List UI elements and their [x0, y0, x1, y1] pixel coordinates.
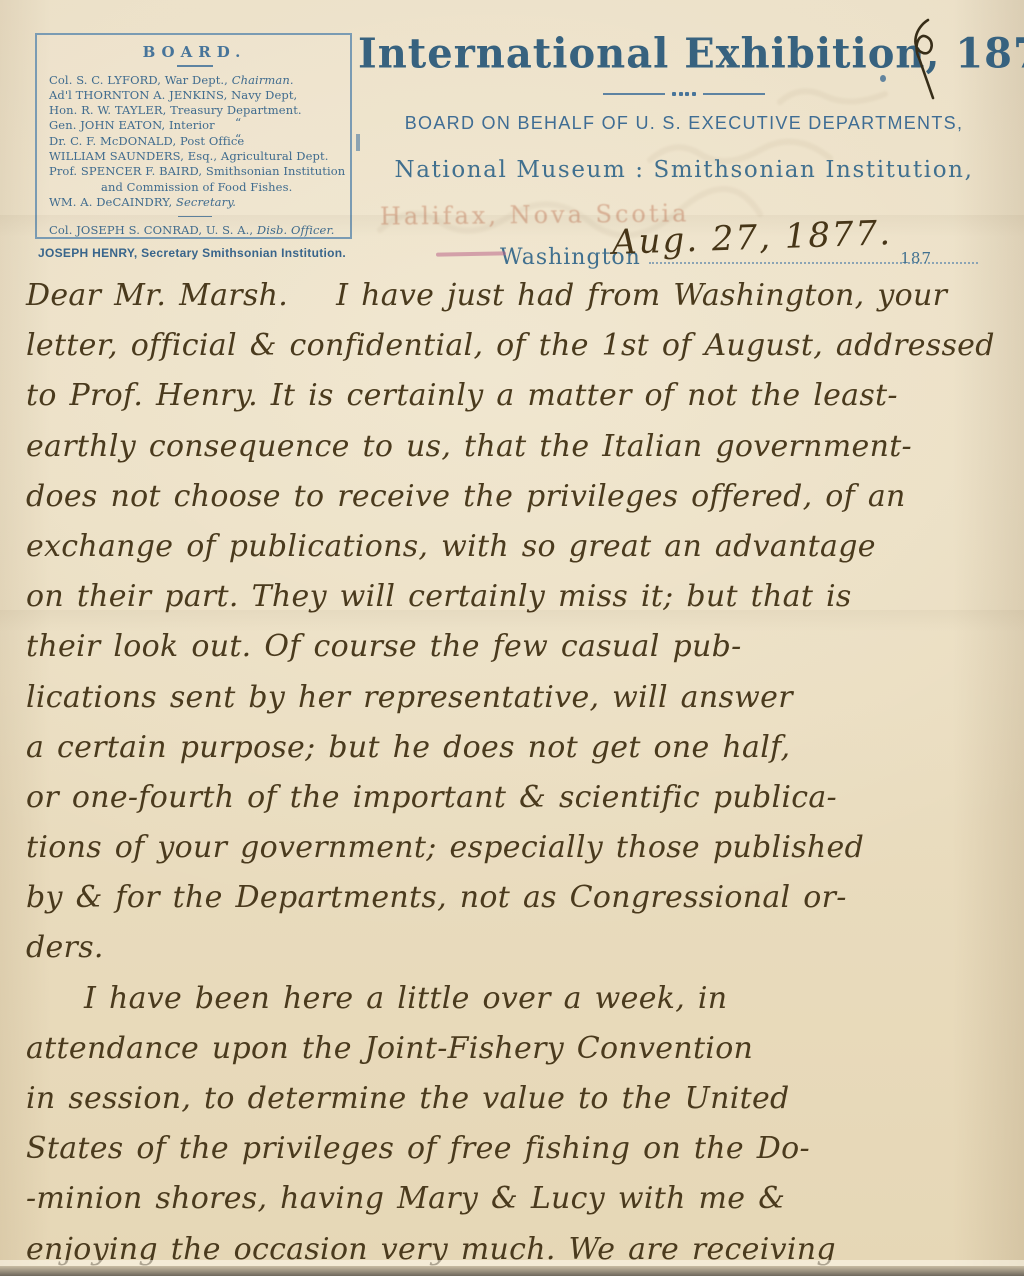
- handwriting-line: letter, official & confidential, of the …: [26, 322, 1010, 372]
- salutation: Dear Mr. Marsh.: [26, 272, 288, 319]
- board-member: Col. S. C. LYFORD, War Dept., Chairman.: [49, 73, 340, 88]
- stray-mark: [356, 134, 360, 151]
- handwriting-line: lications sent by her representative, wi…: [26, 674, 1010, 724]
- handwriting-line: by & for the Departments, not as Congres…: [26, 874, 1010, 924]
- divider: [177, 65, 213, 67]
- ornament-line: [603, 93, 665, 94]
- board-member: Dr. C. F. McDONALD, Post Office“: [49, 134, 340, 149]
- handwriting-line: earthly consequence to us, that the Ital…: [26, 423, 1010, 473]
- board-member: Ad'l THORNTON A. JENKINS, Navy Dept,: [49, 88, 340, 103]
- handwriting-line: I have been here a little over a week, i…: [26, 975, 1010, 1025]
- handwriting-line: Dear Mr. Marsh.I have just had from Wash…: [26, 272, 1010, 322]
- ditto-mark: “: [235, 132, 241, 147]
- handwriting-line: exchange of publications, with so great …: [26, 523, 1010, 573]
- board-title: BOARD.: [49, 43, 340, 61]
- handwriting-line: ders.: [26, 924, 1010, 974]
- board-member: and Commission of Food Fishes.: [49, 180, 340, 195]
- board-member: WM. A. DeCAINDRY, Secretary.: [49, 195, 340, 210]
- board-member: Prof. SPENCER F. BAIRD, Smithsonian Inst…: [49, 164, 340, 179]
- handwriting-line: does not choose to receive the privilege…: [26, 473, 1010, 523]
- letter-body: Dear Mr. Marsh.I have just had from Wash…: [26, 272, 1010, 1276]
- museum-line: National Museum : Smithsonian Institutio…: [358, 157, 1010, 183]
- board-member: WILLIAM SAUNDERS, Esq., Agricultural Dep…: [49, 149, 340, 164]
- handwriting-line: attendance upon the Joint-Fishery Conven…: [26, 1025, 1010, 1075]
- printed-year: 187: [900, 249, 932, 267]
- handwriting-line: States of the privileges of free fishing…: [26, 1125, 1010, 1175]
- handwriting-line: in session, to determine the value to th…: [26, 1075, 1010, 1125]
- board-member: Gen. JOHN EATON, Interior“: [49, 118, 340, 133]
- paper-crease: [0, 610, 1024, 632]
- handwriting-line: or one-fourth of the important & scienti…: [26, 774, 1010, 824]
- handwriting-line: -minion shores, having Mary & Lucy with …: [26, 1175, 1010, 1225]
- ditto-mark: “: [235, 116, 241, 131]
- letter-page: BOARD. Col. S. C. LYFORD, War Dept., Cha…: [0, 0, 1024, 1276]
- handwriting-line: a certain purpose; but he does not get o…: [26, 724, 1010, 774]
- pen-mark: [895, 12, 955, 107]
- paper-crease: [0, 215, 1024, 237]
- scan-edge-shadow: [0, 1266, 1024, 1276]
- board-member-list: Col. S. C. LYFORD, War Dept., Chairman.A…: [49, 73, 340, 239]
- ink-dot: [880, 75, 886, 82]
- board-roster-box: BOARD. Col. S. C. LYFORD, War Dept., Cha…: [35, 33, 352, 239]
- board-member: Hon. R. W. TAYLER, Treasury Department.: [49, 103, 340, 118]
- handwriting-line: to Prof. Henry. It is certainly a matter…: [26, 372, 1010, 422]
- dateline: Washington 187 Aug. 27, 1877.: [500, 236, 978, 270]
- secretary-line: JOSEPH HENRY, Secretary Smithsonian Inst…: [38, 246, 346, 260]
- handwriting-line: tions of your government; especially tho…: [26, 824, 1010, 874]
- ornament-line: [703, 93, 765, 94]
- board-behalf-line: BOARD ON BEHALF OF U. S. EXECUTIVE DEPAR…: [358, 113, 1010, 134]
- ornament-dots: [672, 92, 696, 96]
